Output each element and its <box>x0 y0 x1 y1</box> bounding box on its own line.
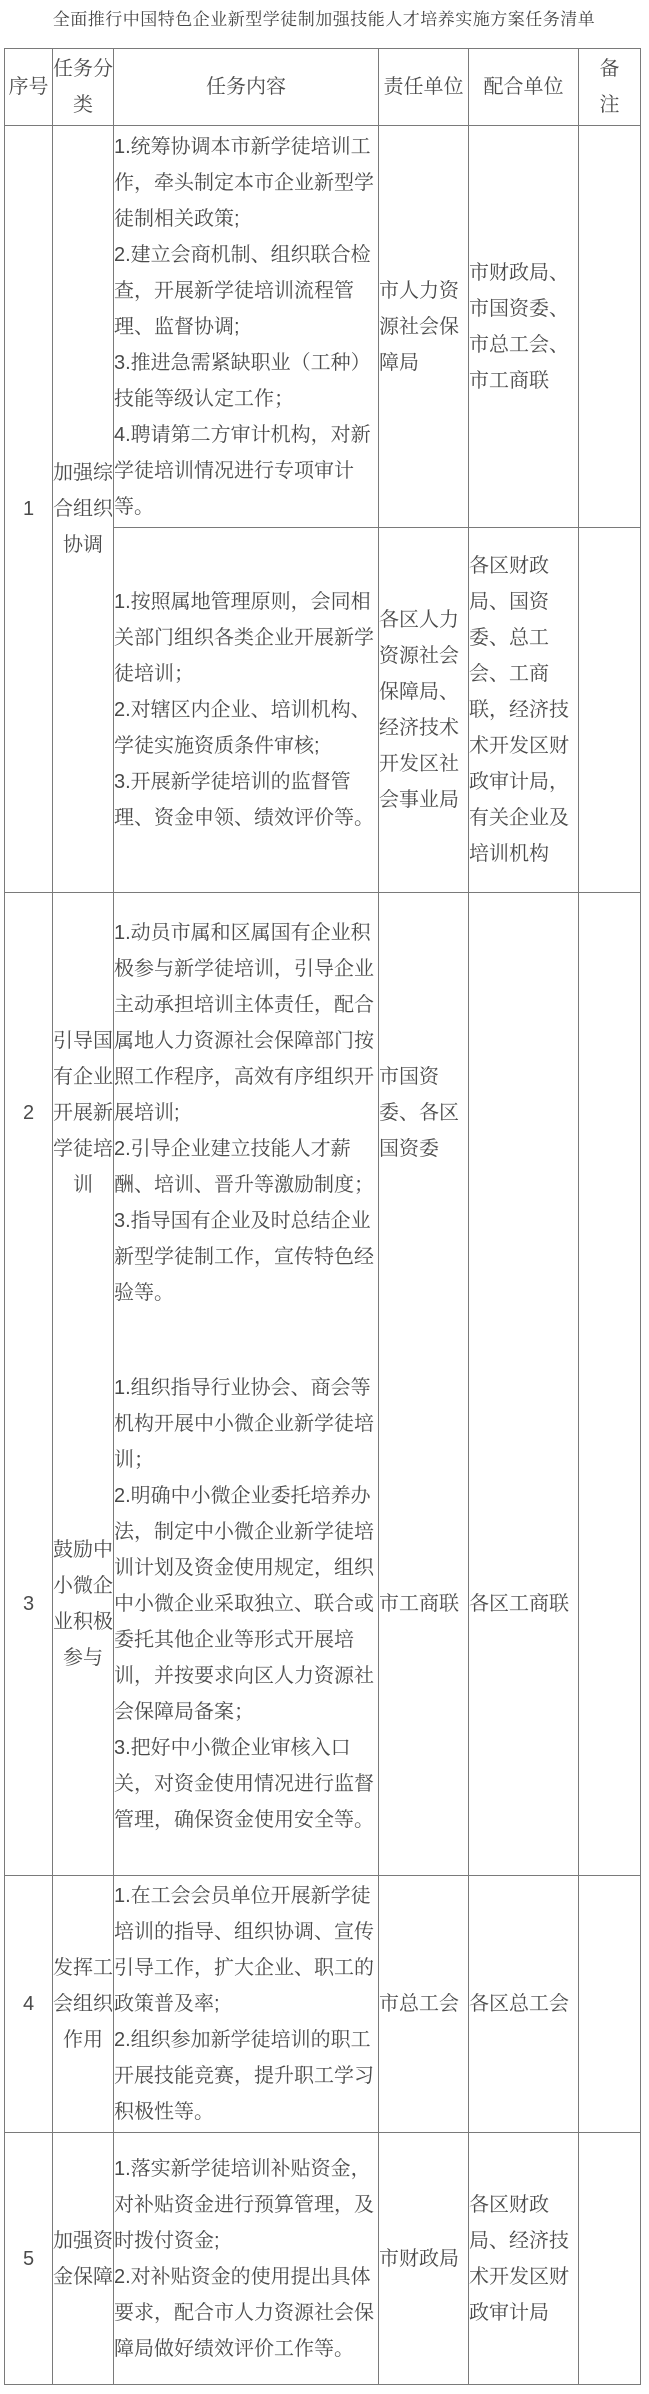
cooperating-cell-3: 各区工商联 <box>469 1333 579 1876</box>
task-row-4: 4 发挥工会组织作用 1.在工会会员单位开展新学徒培训的指导、组织协调、宣传引导… <box>5 1876 641 2133</box>
seq-cell-1: 1 <box>5 126 53 893</box>
seq-cell-3: 3 <box>5 1333 53 1876</box>
header-responsible-label: 责任单位 <box>384 76 464 98</box>
content-cell-1a: 1.统筹协调本市新学徒培训工作，牵头制定本市企业新型学徒制相关政策; 2.建立会… <box>114 126 379 528</box>
header-cooperating: 配合单位 <box>469 49 579 126</box>
note-cell-1a <box>579 126 641 528</box>
category-cell-3: 鼓励中小微企业积极参与 <box>53 1333 114 1876</box>
header-no: 序号 <box>5 49 53 126</box>
note-cell-2 <box>579 893 641 1333</box>
responsible-cell-3: 市工商联 <box>379 1333 469 1876</box>
document-title: 全面推行中国特色企业新型学徒制加强技能人才培养实施方案任务清单 <box>4 0 644 48</box>
responsible-cell-1b: 各区人力资源社会保障局、经济技术开发区社会事业局 <box>379 528 469 893</box>
cooperating-cell-1b: 各区财政局、国资委、总工会、工商联，经济技术开发区财政审计局，有关企业及培训机构 <box>469 528 579 893</box>
seq-cell-2: 2 <box>5 893 53 1333</box>
note-cell-5 <box>579 2133 641 2385</box>
document-page: 全面推行中国特色企业新型学徒制加强技能人才培养实施方案任务清单 序号 任务分类 … <box>0 0 649 2385</box>
header-category-label: 任务分类 <box>53 58 113 116</box>
task-row-2: 2 引导国有企业开展新学徒培训 1.动员市属和区属国有企业积极参与新学徒培训，引… <box>5 893 641 1333</box>
content-cell-4: 1.在工会会员单位开展新学徒培训的指导、组织协调、宣传引导工作，扩大企业、职工的… <box>114 1876 379 2133</box>
header-content: 任务内容 <box>114 49 379 126</box>
header-note-label: 备注 <box>600 51 620 123</box>
header-responsible: 责任单位 <box>379 49 469 126</box>
note-cell-3 <box>579 1333 641 1876</box>
task-row-3: 3 鼓励中小微企业积极参与 1.组织指导行业协会、商会等机构开展中小微企业新学徒… <box>5 1333 641 1876</box>
category-cell-2: 引导国有企业开展新学徒培训 <box>53 893 114 1333</box>
note-cell-1b <box>579 528 641 893</box>
table-header-row: 序号 任务分类 任务内容 责任单位 配合单位 备注 <box>5 49 641 126</box>
header-no-label: 序号 <box>9 76 49 98</box>
content-cell-3: 1.组织指导行业协会、商会等机构开展中小微企业新学徒培训； 2.明确中小微企业委… <box>114 1333 379 1876</box>
seq-cell-5: 5 <box>5 2133 53 2385</box>
cooperating-cell-2 <box>469 893 579 1333</box>
responsible-cell-5: 市财政局 <box>379 2133 469 2385</box>
responsible-cell-1a: 市人力资源社会保障局 <box>379 126 469 528</box>
task-table: 序号 任务分类 任务内容 责任单位 配合单位 备注 1 加强综合组织协调 1.统… <box>4 48 641 2385</box>
content-cell-2: 1.动员市属和区属国有企业积极参与新学徒培训，引导企业主动承担培训主体责任，配合… <box>114 893 379 1333</box>
category-cell-4: 发挥工会组织作用 <box>53 1876 114 2133</box>
cooperating-cell-1a: 市财政局、市国资委、市总工会、市工商联 <box>469 126 579 528</box>
note-cell-4 <box>579 1876 641 2133</box>
header-category: 任务分类 <box>53 49 114 126</box>
content-cell-1b: 1.按照属地管理原则，会同相关部门组织各类企业开展新学徒培训； 2.对辖区内企业… <box>114 528 379 893</box>
cooperating-cell-4: 各区总工会 <box>469 1876 579 2133</box>
content-cell-5: 1.落实新学徒培训补贴资金，对补贴资金进行预算管理，及时拨付资金; 2.对补贴资… <box>114 2133 379 2385</box>
category-cell-1: 加强综合组织协调 <box>53 126 114 893</box>
task-row-5: 5 加强资金保障 1.落实新学徒培训补贴资金，对补贴资金进行预算管理，及时拨付资… <box>5 2133 641 2385</box>
responsible-cell-4: 市总工会 <box>379 1876 469 2133</box>
cooperating-cell-5: 各区财政局、经济技术开发区财政审计局 <box>469 2133 579 2385</box>
category-cell-5: 加强资金保障 <box>53 2133 114 2385</box>
header-note: 备注 <box>579 49 641 126</box>
responsible-cell-2: 市国资委、各区国资委 <box>379 893 469 1333</box>
task-row-1-sub-1: 1 加强综合组织协调 1.统筹协调本市新学徒培训工作，牵头制定本市企业新型学徒制… <box>5 126 641 528</box>
seq-cell-4: 4 <box>5 1876 53 2133</box>
header-content-label: 任务内容 <box>206 76 286 98</box>
header-cooperating-label: 配合单位 <box>484 76 564 98</box>
